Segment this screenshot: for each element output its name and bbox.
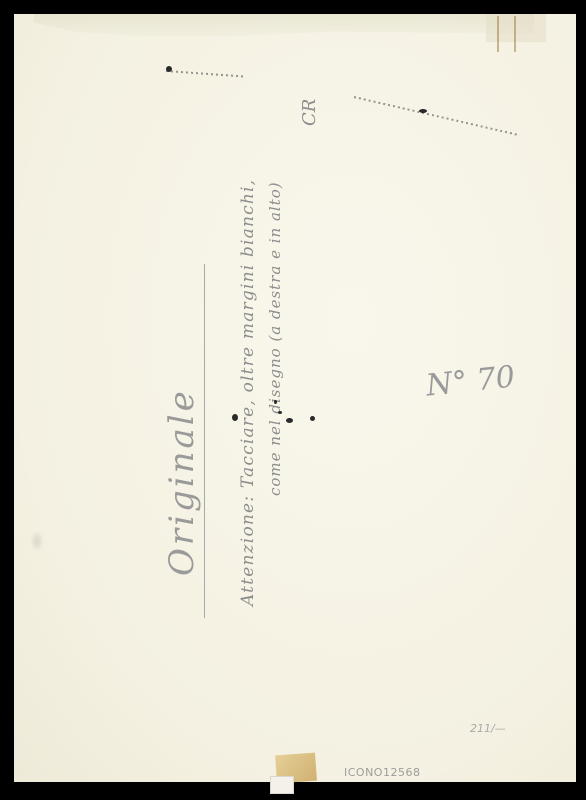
pencil-rule-line [204, 264, 205, 618]
tape-mark [497, 16, 499, 52]
photo-number: N° 70 [424, 359, 516, 403]
crop-mark-line [166, 70, 246, 78]
adhesive-tape-corner [486, 14, 546, 42]
ink-spot [278, 411, 282, 414]
ink-spot [310, 416, 315, 421]
tape-mark [514, 16, 516, 52]
ink-spot [274, 400, 277, 404]
originale-handwriting: Originale [162, 388, 202, 576]
inventory-code: ICONO12568 [344, 766, 420, 779]
smudge [30, 530, 44, 552]
photo-back-sheet: Originale Attenzione: Tacciare, oltre ma… [14, 14, 576, 782]
initials-cr: CR [299, 99, 320, 126]
ink-spot [166, 66, 172, 72]
instruction-line-2: come nel disegno (a destra e in alto) [266, 181, 284, 496]
adhesive-tape-strip [34, 14, 534, 36]
reference-number: 211/— [470, 722, 506, 735]
ink-spot [419, 109, 427, 113]
crop-mark-line [354, 96, 520, 136]
instruction-line-1: Attenzione: Tacciare, oltre margini bian… [238, 179, 258, 606]
ink-spot [232, 414, 238, 421]
ink-spot [286, 418, 293, 423]
sticker-label [270, 776, 294, 794]
